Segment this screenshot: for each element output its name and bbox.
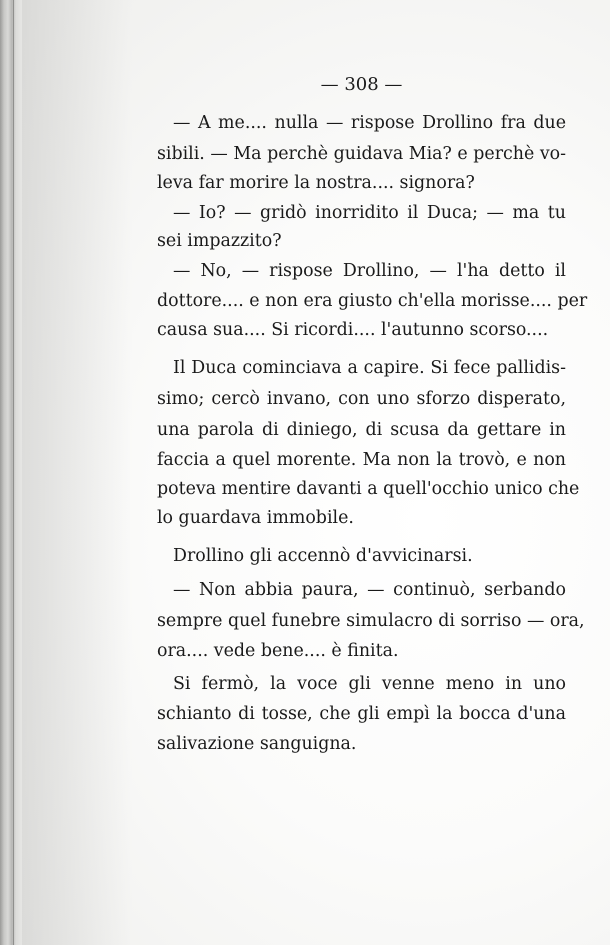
text-line: dottore.... e non era giusto ch'ella mor… (157, 289, 566, 313)
text-line: sei impazzito? (157, 229, 566, 253)
text-line: salivazione sanguigna. (157, 732, 566, 756)
book-binding-edge (0, 0, 22, 945)
scanned-page: — 308 — — A me.... nulla — rispose Droll… (0, 0, 610, 945)
text-line: — No, — rispose Drollino, — l'ha detto i… (157, 259, 566, 283)
text-line: simo; cercò invano, con uno sforzo dispe… (157, 387, 566, 411)
text-line: poteva mentire davanti a quell'occhio un… (157, 477, 566, 501)
text-line: causa sua.... Si ricordi.... l'autunno s… (157, 318, 566, 342)
text-line: schianto di tosse, che gli empì la bocca… (157, 702, 566, 726)
text-line: Drollino gli accennò d'avvicinarsi. (157, 544, 566, 568)
text-line: — Non abbia paura, — continuò, serbando (157, 578, 566, 602)
text-line: sibili. — Ma perchè guidava Mia? e perch… (157, 142, 566, 166)
text-line: Si fermò, la voce gli venne meno in uno (157, 672, 566, 696)
text-line: sempre quel funebre simulacro di sorriso… (157, 609, 566, 633)
text-line: — Io? — gridò inorridito il Duca; — ma t… (157, 201, 566, 225)
text-line: Il Duca cominciava a capire. Si fece pal… (157, 356, 566, 380)
page-number-header: — 308 — (157, 74, 566, 95)
text-line: una parola di diniego, di scusa da getta… (157, 418, 566, 442)
text-line: ora.... vede bene.... è finita. (157, 639, 566, 663)
text-line: leva far morire la nostra.... signora? (157, 171, 566, 195)
text-line: — A me.... nulla — rispose Drollino fra … (157, 111, 566, 135)
text-line: faccia a quel morente. Ma non la trovò, … (157, 448, 566, 472)
binding-fold-line (13, 0, 14, 945)
gutter-shadow (22, 0, 132, 945)
text-line: lo guardava immobile. (157, 506, 566, 530)
